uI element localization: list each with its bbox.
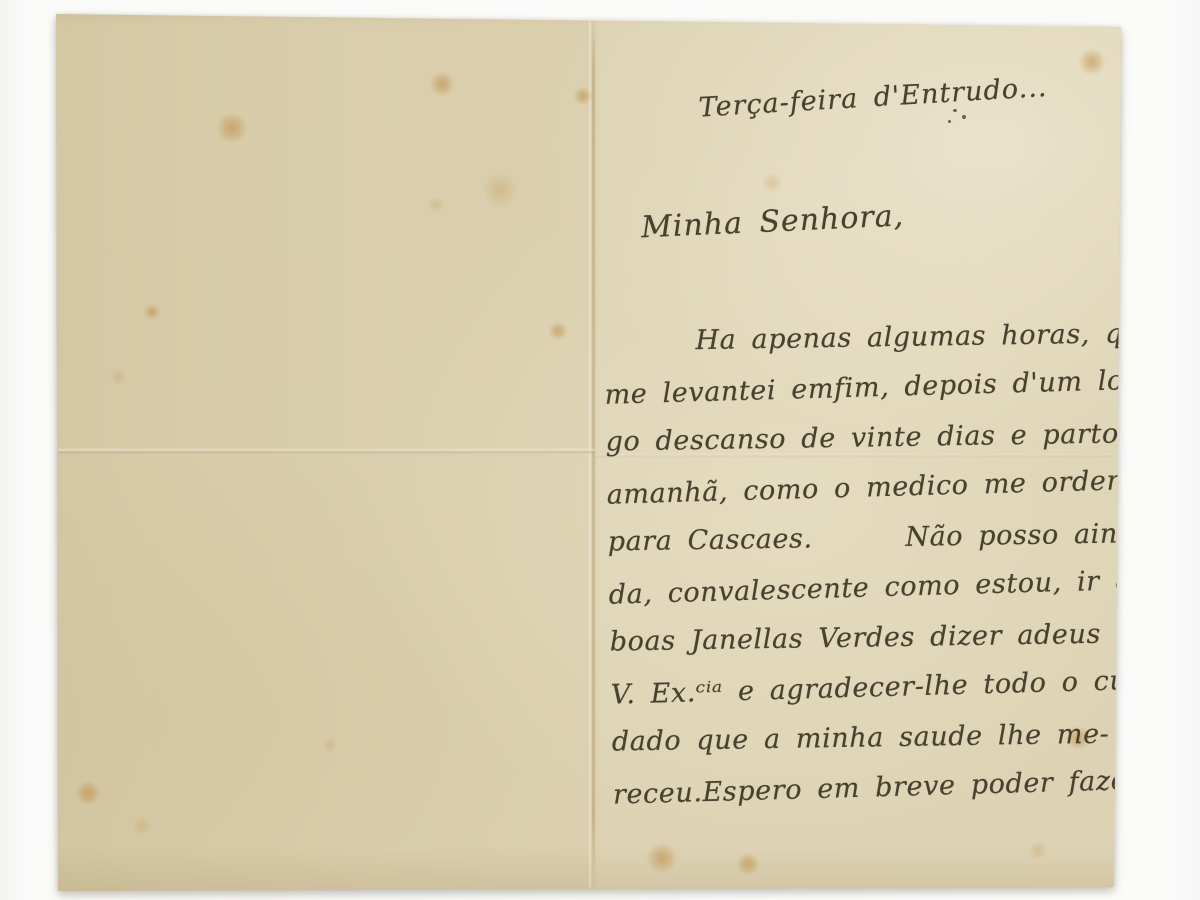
foxing-stain	[737, 853, 759, 875]
letter-line-segment: go descanso de vinte dias e parto	[605, 418, 1119, 457]
letter-line-segment: receu.	[613, 777, 703, 810]
foxing-stain	[1029, 841, 1047, 859]
letter-line-segment: para Cascaes.	[607, 523, 812, 557]
letter-line-segment: me levantei emfim, depois d'um lon-	[604, 364, 1152, 410]
letter-line-segment: Ha apenas algumas horas, que	[695, 317, 1158, 355]
foxing-stain	[430, 72, 454, 96]
letter-line-segment: Não posso ain-	[905, 518, 1128, 552]
foxing-stain	[217, 113, 247, 143]
letter-line-segment: dado que a minha saude lhe me-	[612, 718, 1110, 757]
letter-paper-sheet: Terça-feira d'Entrudo... Minha Senhora, …	[0, 0, 1200, 900]
letter-paper: Terça-feira d'Entrudo... Minha Senhora, …	[0, 0, 1200, 900]
photo-background: Terça-feira d'Entrudo... Minha Senhora, …	[0, 0, 1200, 900]
horizontal-fold-crease-left	[58, 449, 595, 453]
foxing-stain	[574, 87, 592, 105]
foxing-stain	[428, 197, 444, 213]
foxing-stain	[483, 173, 517, 207]
letter-line-segment: amanhã, como o medico me ordena,	[606, 464, 1150, 510]
foxing-stain	[144, 304, 160, 320]
letter-line-segment: Espero em breve poder fazel-o.	[702, 764, 1172, 808]
foxing-stain	[133, 817, 151, 835]
foxing-stain	[323, 738, 337, 752]
letter-dateline: Terça-feira d'Entrudo...	[698, 72, 1048, 124]
letter-text: Terça-feira d'Entrudo... Minha Senhora, …	[598, 69, 1134, 850]
letter-line-segment: boas Janellas Verdes dizer adeus a	[610, 618, 1134, 657]
letter-line-segment: V. Ex.ᶜⁱᵃ e agradecer-lhe todo o cui-	[610, 664, 1146, 710]
foxing-stain	[549, 322, 567, 340]
letter-body: Ha apenas algumas horas, queme levantei …	[603, 307, 1133, 818]
foxing-stain	[111, 370, 125, 384]
letter-salutation: Minha Senhora,	[640, 198, 904, 245]
letter-line-segment: da, convalescente como estou, ir às	[608, 564, 1146, 610]
foxing-stain	[76, 781, 100, 805]
